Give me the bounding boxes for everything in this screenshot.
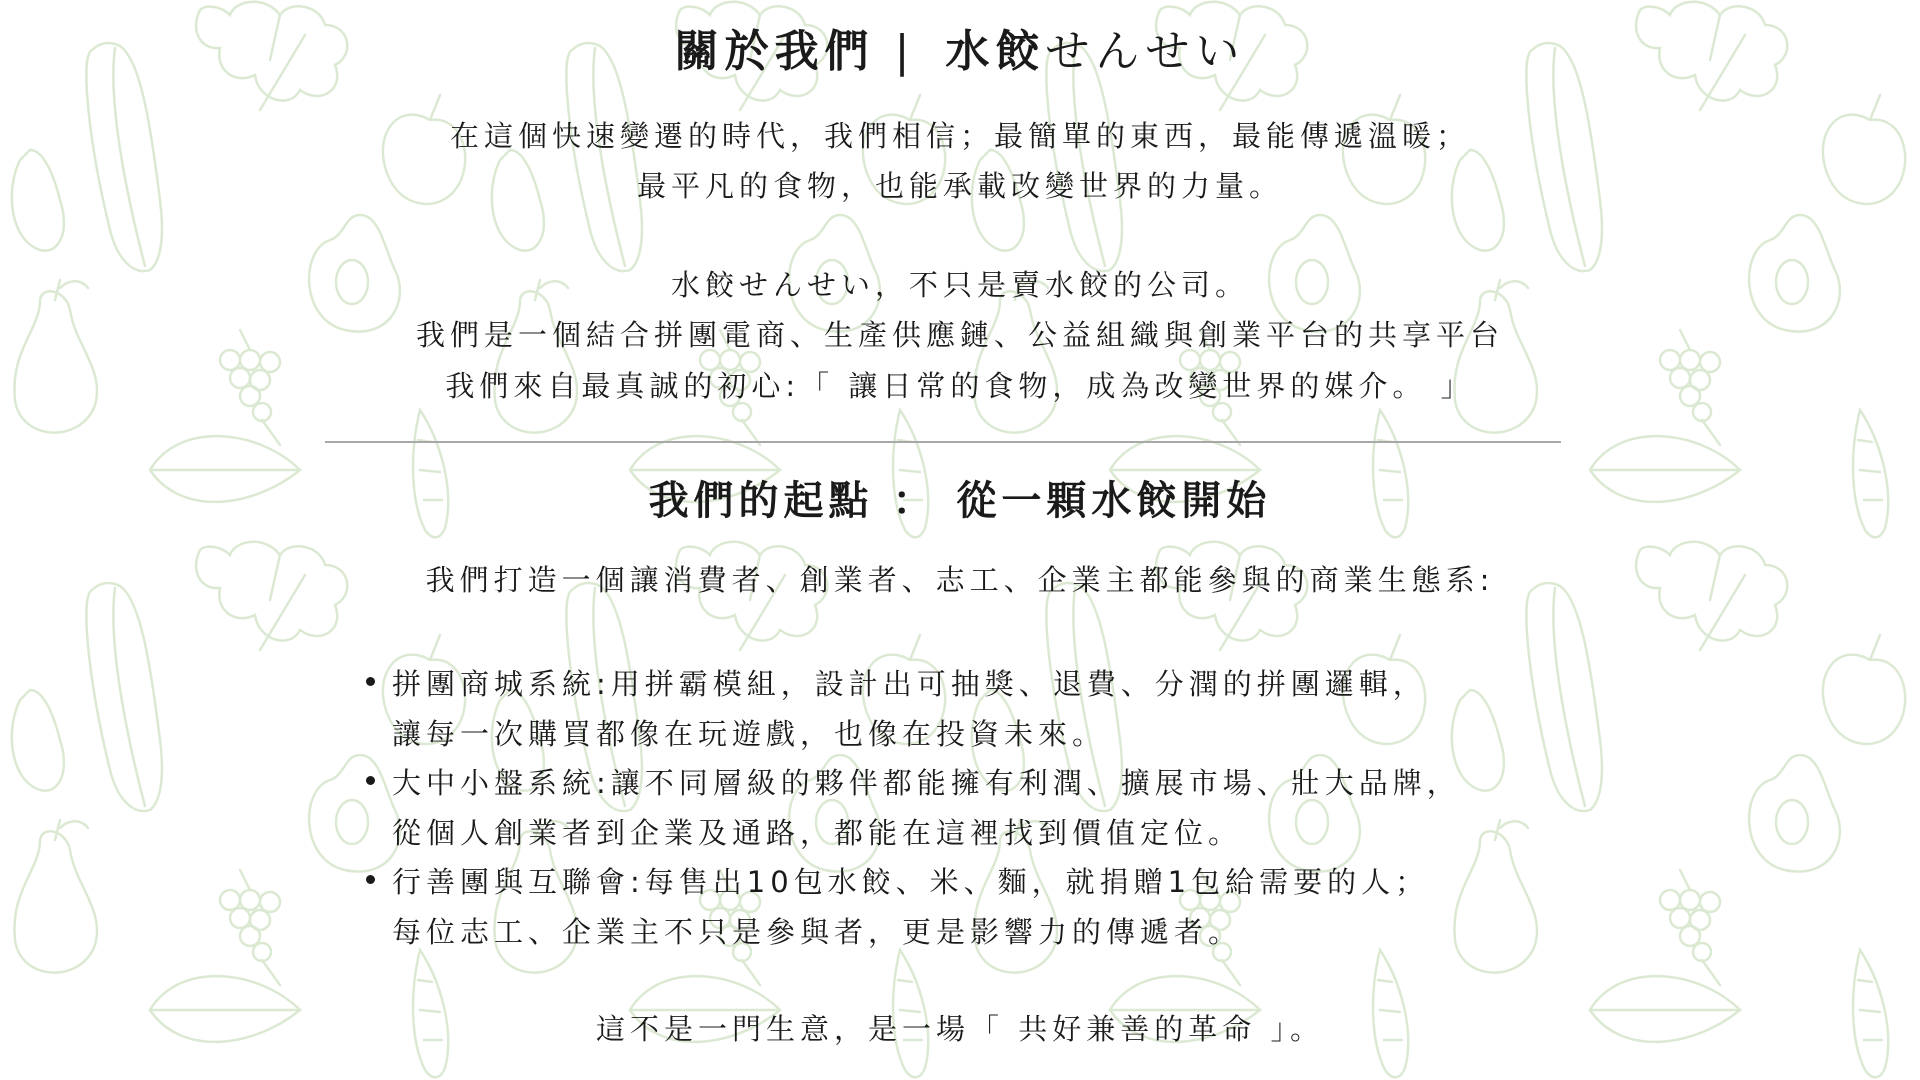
page-title: 關於我們|水餃せんせい (0, 24, 1920, 80)
title-separator: | (895, 26, 916, 77)
list-item-line: 讓每一次購買都像在玩遊戲，也像在投資未來。 (392, 710, 1656, 760)
about-line-3: 我們來自最真誠的初心:「 讓日常的食物，成為改變世界的媒介。 」 (0, 366, 1920, 406)
section-divider (325, 441, 1561, 443)
origin-lead: 我們打造一個讓消費者、創業者、志工、企業主都能參與的商業生態系: (0, 560, 1920, 600)
list-item-line: 拼團商城系統:用拼霸模組，設計出可抽獎、退費、分潤的拼團邏輯， (392, 660, 1656, 710)
list-item-group-buy-mall: 拼團商城系統:用拼霸模組，設計出可抽獎、退費、分潤的拼團邏輯， 讓每一次購買都像… (356, 660, 1656, 759)
about-line-1: 水餃せんせい，不只是賣水餃的公司。 (0, 265, 1920, 305)
intro-line-1: 在這個快速變遷的時代，我們相信；最簡單的東西，最能傳遞溫暖； (0, 116, 1920, 156)
about-line-2: 我們是一個結合拼團電商、生產供應鏈、公益組織與創業平台的共享平台 (0, 315, 1920, 355)
brand-name-bold: 水餃 (945, 26, 1045, 77)
brand-name-kana: せんせい (1045, 26, 1245, 77)
intro-line-2: 最平凡的食物，也能承載改變世界的力量。 (0, 166, 1920, 206)
list-item-line: 每位志工、企業主不只是參與者，更是影響力的傳遞者。 (392, 908, 1656, 958)
list-item-distribution-tiers: 大中小盤系統:讓不同層級的夥伴都能擁有利潤、擴展市場、壯大品牌， 從個人創業者到… (356, 759, 1656, 858)
bullet-dot-icon (366, 875, 375, 884)
list-item-line: 大中小盤系統:讓不同層級的夥伴都能擁有利潤、擴展市場、壯大品牌， (392, 759, 1656, 809)
about-us-page: 關於我們|水餃せんせい 在這個快速變遷的時代，我們相信；最簡單的東西，最能傳遞溫… (0, 0, 1920, 1080)
bullet-dot-icon (366, 776, 375, 785)
origin-heading: 我們的起點 ： 從一顆水餃開始 (0, 475, 1920, 527)
list-item-charity-network: 行善團與互聯會:每售出10包水餃、米、麵，就捐贈1包給需要的人； 每位志工、企業… (356, 858, 1656, 957)
list-item-line: 行善團與互聯會:每售出10包水餃、米、麵，就捐贈1包給需要的人； (392, 858, 1656, 908)
title-about-us: 關於我們 (675, 26, 875, 77)
list-item-line: 從個人創業者到企業及通路，都能在這裡找到價值定位。 (392, 809, 1656, 859)
ecosystem-bullet-list: 拼團商城系統:用拼霸模組，設計出可抽獎、退費、分潤的拼團邏輯， 讓每一次購買都像… (356, 660, 1656, 957)
bullet-dot-icon (366, 677, 375, 686)
closing-statement: 這不是一門生意，是一場「 共好兼善的革命 」。 (0, 1009, 1920, 1049)
